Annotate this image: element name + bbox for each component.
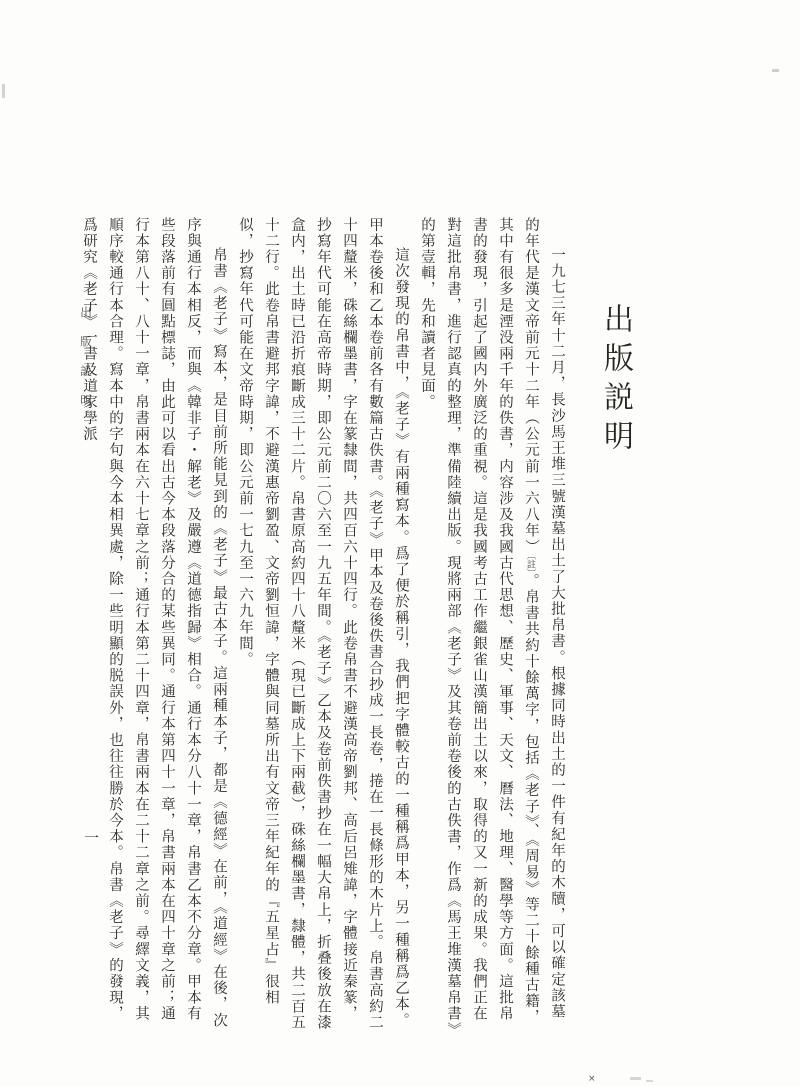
page-number: 一 [84,827,99,848]
paragraph-2: 這次發現的帛書中，《老子》有兩種寫本。爲了便於稱引，我們把字體較古的一種稱爲甲本… [232,217,414,1031]
body-text: 一九七三年十二月，長沙馬王堆三號漢墓出土了大批帛書。根據同時出土的一件有紀年的木… [70,217,570,1031]
scan-mark-dash-2 [646,1080,653,1082]
scan-speck-top-right [772,69,779,72]
paragraph-1-text-after-note: 。帛書共約十餘萬字，包括《老子》、《周易》等二十餘種古籍，其中有很多是湮没兩千年… [419,217,539,1031]
paragraph-3: 帛書《老子》寫本，是目前所能見到的《老子》最古本子。這兩種本子，都是《德經》在前… [76,217,232,1031]
scan-mark-dash-1 [630,1077,641,1080]
running-title: 出版説明 [77,306,93,424]
note-marker: 〔註〕 [526,555,536,573]
page-title: 出版説明 [599,303,637,478]
scan-smudge-top-left [2,84,5,98]
paragraph-1: 一九七三年十二月，長沙馬王堆三號漢墓出土了大批帛書。根據同時出土的一件有紀年的木… [414,217,570,1031]
scanned-book-page: 出版説明 一九七三年十二月，長沙馬王堆三號漢墓出土了大批帛書。根據同時出土的一件… [0,0,800,1086]
scan-mark-cross: × [588,1074,596,1084]
